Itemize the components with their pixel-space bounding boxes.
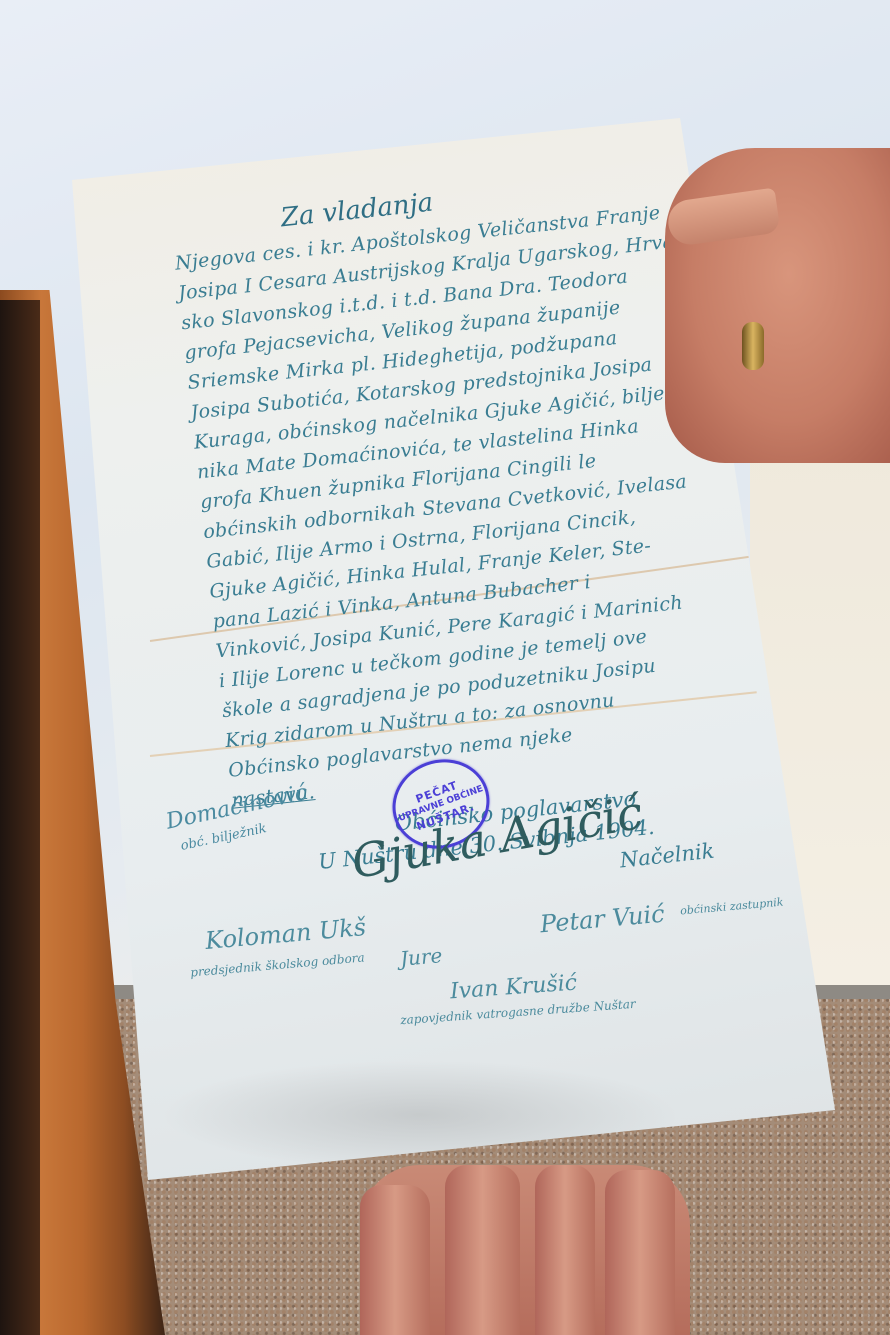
signature-left-lower-role: predsjednik školskog odbora <box>190 950 365 979</box>
signature-left-lower: Koloman Ukš <box>204 913 367 955</box>
finger <box>535 1165 595 1335</box>
thumb-bottom <box>445 1165 520 1335</box>
finger <box>605 1170 675 1335</box>
wedding-ring <box>742 322 764 370</box>
bottom-hand <box>360 1165 690 1335</box>
finger <box>360 1185 430 1335</box>
door-shadow <box>0 300 40 1335</box>
signature-right: Petar Vuić <box>539 900 666 939</box>
signature-bottom-role: zapovjednik vatrogasne družbe Nuštar <box>400 997 636 1027</box>
right-hand <box>665 148 890 463</box>
signature-bottom: Ivan Krušić <box>449 971 578 1005</box>
signature-right-role: obćinski zastupnik <box>680 896 784 918</box>
signature-middle: Jure <box>399 943 443 971</box>
